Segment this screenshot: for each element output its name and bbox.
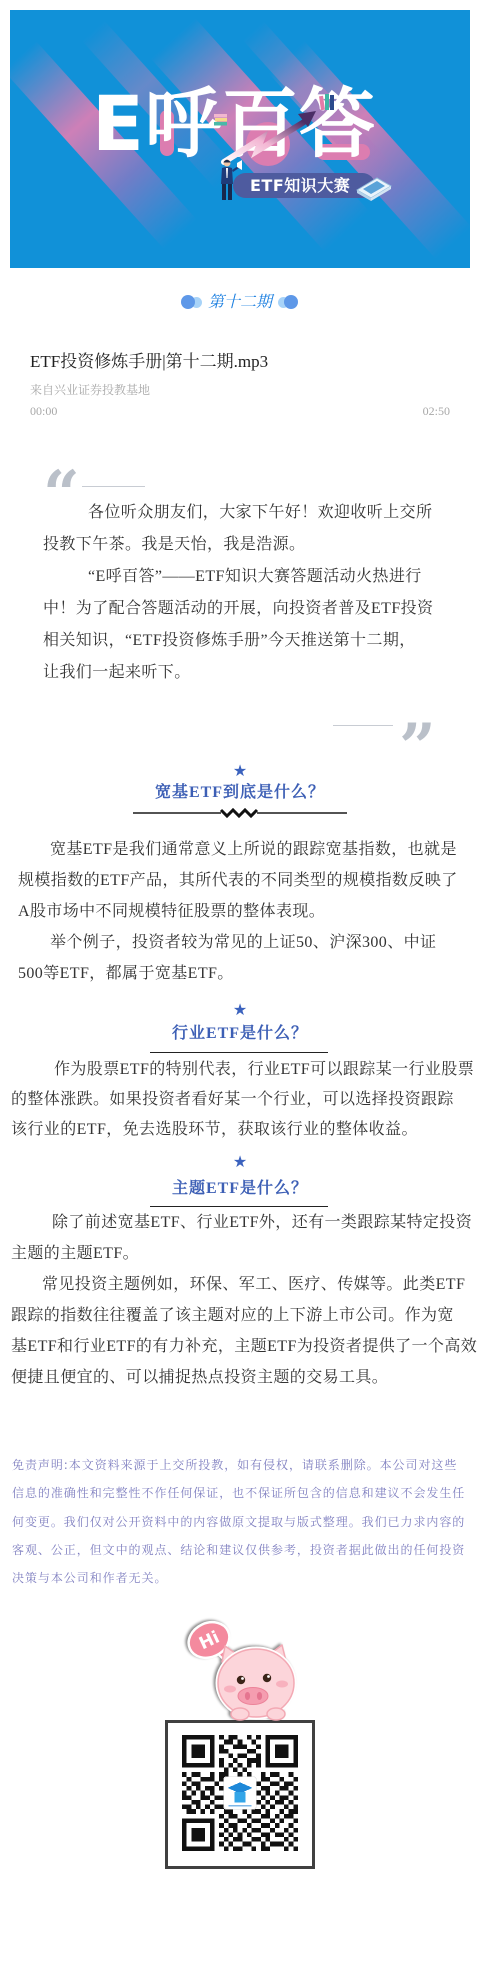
text-line: 让我们一起来听下。 [43,657,443,689]
text-line: 投教下午茶。我是天怡，我是浩源。 [43,529,443,561]
audio-current-time: 00:00 [30,403,57,419]
star-icon: ★ [0,1002,480,1018]
disclaimer-line: 信息的准确性和完整性不作任何保证，也不保证所包含的信息和建议不会发生任 [12,1479,470,1507]
contest-pill-label: ETF知识大赛 [233,173,375,198]
text-line: 跟踪的指数往往覆盖了该主题对应的上下游上市公司。作为宽 [11,1300,480,1331]
disclaimer-line: 何变更。我们仅对公开资料中的内容做原文提取与版式整理。我们已力求内容的 [12,1508,470,1536]
text-line: 便捷且便宜的、可以捕捉热点投资主题的交易工具。 [11,1362,480,1393]
article-page: E呼百答 ETF知识大赛 [0,0,480,1970]
text-line: 常见投资主题例如，环保、军工、医疗、传媒等。此类ETF [11,1269,480,1300]
rising-arrow-icon [10,10,470,268]
section-body: 除了前述宽基ETF、行业ETF外，还有一类跟踪某特定投资 主题的主题ETF。 常… [11,1207,480,1393]
intro-text: 各位听众朋友们，大家下午好！欢迎收听上交所 投教下午茶。我是天怡，我是浩源。 “… [43,497,443,689]
text-line: 基ETF和行业ETF的有力补充，主题ETF为投资者提供了一个高效 [11,1331,480,1362]
episode-label: 第十二期 [0,291,480,313]
text-line: 500等ETF，都属于宽基ETF。 [18,958,480,989]
dot-icon [284,295,298,309]
text-line: A股市场中不同规模特征股票的整体表现。 [18,896,480,927]
disclaimer-line: 客观、公正，但文中的观点、结论和建议仅供参考，投资者据此做出的任何投资 [12,1536,470,1564]
audio-duration: 02:50 [423,403,450,419]
quote-divider [333,725,393,726]
text-line: 除了前述宽基ETF、行业ETF外，还有一类跟踪某特定投资 [11,1207,480,1238]
star-icon: ★ [0,763,480,779]
section-heading: 行业ETF是什么？ [0,1023,480,1045]
section-heading: 主题ETF是什么？ [0,1178,480,1200]
episode-title: 第十二期 [205,291,275,313]
text-line: “E呼百答”——ETF知识大赛答题活动火热进行 [43,561,443,593]
disclaimer: 免责声明:本文资料来源于上交所投教，如有侵权，请联系删除。本公司对这些 信息的准… [12,1451,470,1592]
qr-code [165,1720,315,1869]
heading-underline-chevron [133,808,347,819]
text-line: 宽基ETF是我们通常意义上所说的跟踪宽基指数，也就是 [18,834,480,865]
text-line: 该行业的ETF，免去选股环节，获取该行业的整体收益。 [11,1115,480,1145]
section-body: 宽基ETF是我们通常意义上所说的跟踪宽基指数，也就是 规模指数的ETF产品，其所… [18,834,480,989]
text-line: 相关知识，“ETF投资修炼手册”今天推送第十二期， [43,625,443,657]
audio-time-row: 00:00 02:50 [30,403,450,419]
dot-icon [181,295,195,309]
text-line: 规模指数的ETF产品，其所代表的不同类型的规模指数反映了 [18,865,480,896]
qr-code-pattern [182,1735,298,1851]
star-icon: ★ [0,1154,480,1170]
quote-divider [82,486,145,487]
section-body: 作为股票ETF的特别代表，行业ETF可以跟踪某一行业股票 的整体涨跌。如果投资者… [11,1055,480,1145]
text-line: 的整体涨跌。如果投资者看好某一个行业，可以选择投资跟踪 [11,1085,480,1115]
text-line: 各位听众朋友们，大家下午好！欢迎收听上交所 [43,497,443,529]
audio-source: 来自兴业证券投教基地 [30,381,450,399]
section-heading: 宽基ETF到底是什么？ [0,782,480,804]
audio-player[interactable]: ETF投资修炼手册|第十二期.mp3 来自兴业证券投教基地 00:00 02:5… [30,350,450,422]
audio-title: ETF投资修炼手册|第十二期.mp3 [30,350,450,374]
pig-hi-sticker: Hi [170,1610,310,1722]
disclaimer-line: 决策与本公司和作者无关。 [12,1564,470,1592]
book-icon [355,174,393,202]
text-line: 作为股票ETF的特别代表，行业ETF可以跟踪某一行业股票 [11,1055,480,1085]
disclaimer-line: 免责声明:本文资料来源于上交所投教，如有侵权，请联系删除。本公司对这些 [12,1451,470,1479]
text-line: 主题的主题ETF。 [11,1238,480,1269]
heading-underline [150,1052,328,1053]
text-line: 举个例子，投资者较为常见的上证50、沪深300、中证 [18,927,480,958]
person-megaphone-icon [218,158,242,202]
pig-icon [218,1645,294,1720]
banner-image: E呼百答 ETF知识大赛 [10,10,470,268]
text-line: 中！为了配合答题活动的开展，向投资者普及ETF投资 [43,593,443,625]
